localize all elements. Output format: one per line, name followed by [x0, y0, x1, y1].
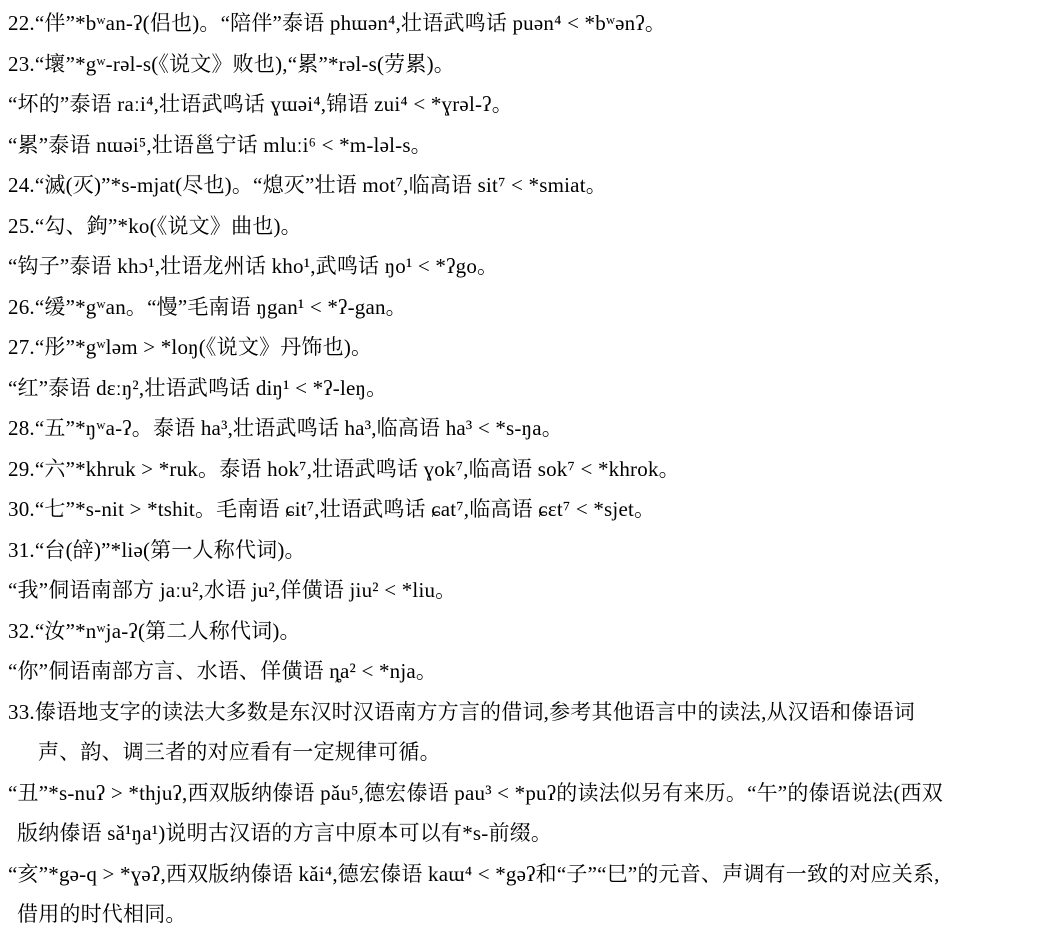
text-line-item-32-you: “你”侗语南部方言、水语、佯僙语 ȵa² < *nja。: [8, 651, 1031, 692]
text-line-item-22: 22.“伴”*bʷan-ʔ(侣也)。“陪伴”泰语 phɯən⁴,壮语武鸣话 pu…: [8, 3, 1031, 44]
text-line-item-30: 30.“七”*s-nit > *tshit。毛南语 ɕit⁷,壮语武鸣话 ɕat…: [8, 489, 1031, 530]
text-line-item-27: 27.“彤”*gʷləm > *loŋ(《说文》丹饰也)。: [8, 327, 1031, 368]
text-line-item-28: 28.“五”*ŋʷa-ʔ。泰语 ha³,壮语武鸣话 ha³,临高语 ha³ < …: [8, 408, 1031, 449]
text-line-item-23: 23.“壞”*gʷ-rəl-s(《说文》败也),“累”*rəl-s(劳累)。: [8, 44, 1031, 85]
text-line-item-33: 33.傣语地支字的读法大多数是东汉时汉语南方方言的借词,参考其他语言中的读法,从…: [8, 692, 1031, 733]
text-line-item-32: 32.“汝”*nʷja-ʔ(第二人称代词)。: [8, 611, 1031, 652]
text-line-item-29: 29.“六”*khruk > *ruk。泰语 hok⁷,壮语武鸣话 ɣok⁷,临…: [8, 449, 1031, 490]
text-line-item-chou: “丑”*s-nuʔ > *thjuʔ,西双版纳傣语 pǎu⁵,德宏傣语 pau³…: [8, 773, 1031, 814]
text-line-item-25: 25.“勾、鉤”*ko(《说文》曲也)。: [8, 206, 1031, 247]
text-line-item-hai-cont: 借用的时代相同。: [17, 894, 1031, 935]
text-line-item-chou-cont: 版纳傣语 sǎ¹ŋa¹)说明古汉语的方言中原本可以有*s-前缀。: [17, 813, 1031, 854]
text-line-item-24: 24.“滅(灭)”*s-mjat(尽也)。“熄灭”壮语 mot⁷,临高语 sit…: [8, 165, 1031, 206]
text-line-item-26: 26.“缓”*gʷan。“慢”毛南语 ŋgan¹ < *ʔ-gan。: [8, 287, 1031, 328]
text-line-item-23-lei: “累”泰语 nɯəi⁵,壮语邕宁话 mluːi⁶ < *m-ləl-s。: [8, 125, 1031, 166]
text-line-item-25-hook: “钩子”泰语 khɔ¹,壮语龙州话 kho¹,武鸣话 ŋo¹ < *ʔgo。: [8, 246, 1031, 287]
text-line-item-33-cont: 声、韵、调三者的对应看有一定规律可循。: [38, 732, 1031, 773]
text-line-item-31: 31.“台(辝)”*liə(第一人称代词)。: [8, 530, 1031, 571]
text-line-item-hai: “亥”*gə-q > *ɣəʔ,西双版纳傣语 kǎi⁴,德宏傣语 kaɯ⁴ < …: [8, 854, 1031, 895]
text-line-item-23-thai: “坏的”泰语 raːi⁴,壮语武鸣话 ɣɯəi⁴,锦语 zui⁴ < *ɣrəl…: [8, 84, 1031, 125]
text-line-item-27-red: “红”泰语 dɛːŋ²,壮语武鸣话 diŋ¹ < *ʔ-leŋ。: [8, 368, 1031, 409]
text-line-item-31-me: “我”侗语南部方 jaːu²,水语 ju²,佯僙语 jiu² < *liu。: [8, 570, 1031, 611]
document-page: 22.“伴”*bʷan-ʔ(侣也)。“陪伴”泰语 phɯən⁴,壮语武鸣话 pu…: [0, 0, 1037, 936]
